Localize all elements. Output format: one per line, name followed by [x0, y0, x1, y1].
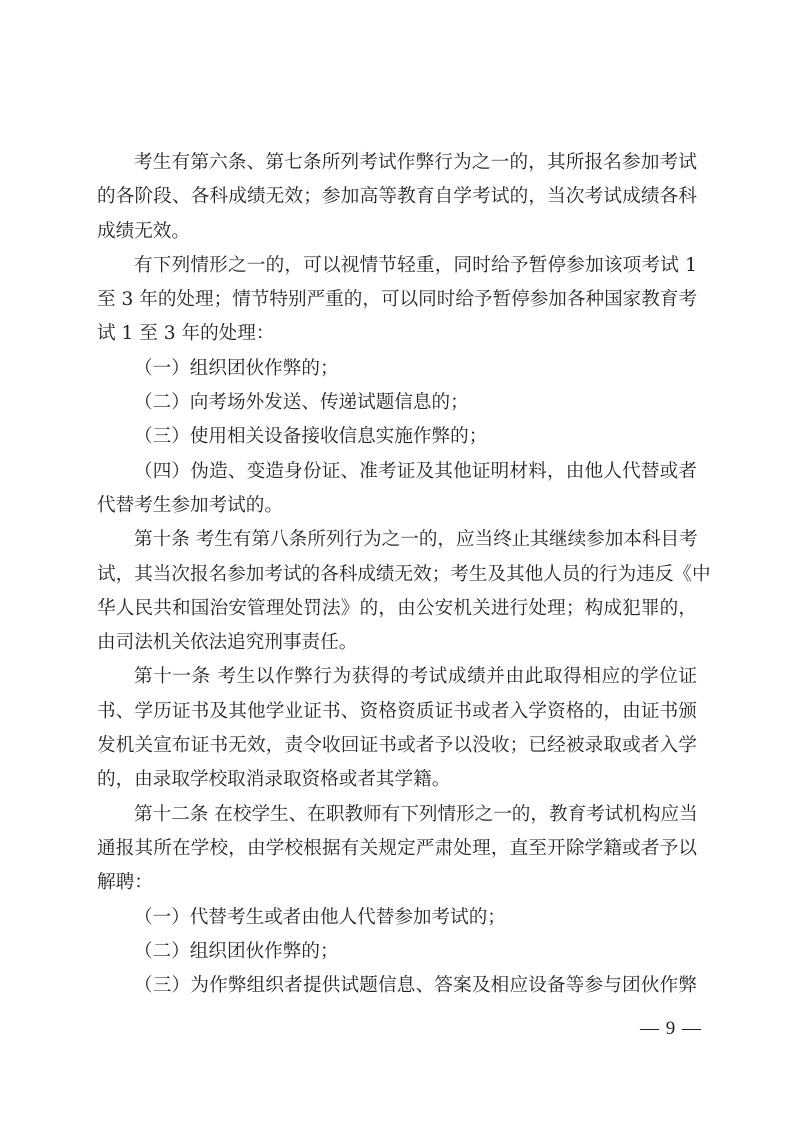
list-item: （三）使用相关设备接收信息实施作弊的；	[97, 420, 697, 454]
text-line: 代替考生参加考试的。	[97, 489, 697, 523]
text-line: 由司法机关依法追究刑事责任。	[97, 626, 697, 660]
text-line: 的各阶段、各科成绩无效；参加高等教育自学考试的，当次考试成绩各科	[97, 180, 697, 214]
text-line: 成绩无效。	[97, 215, 697, 249]
text-line: 至 3 年的处理；情节特别严重的，可以同时给予暂停参加各种国家教育考	[97, 283, 697, 317]
text-line: 解聘：	[97, 866, 697, 900]
article-11: 第十一条 考生以作弊行为获得的考试成绩并由此取得相应的学位证	[97, 660, 697, 694]
list-item: （一）组织团伙作弊的；	[97, 352, 697, 386]
list-item: （四）伪造、变造身份证、准考证及其他证明材料，由他人代替或者	[97, 455, 697, 489]
text-line: 试 1 至 3 年的处理：	[97, 317, 697, 351]
text-line: 书、学历证书及其他学业证书、资格资质证书或者入学资格的，由证书颁	[97, 695, 697, 729]
document-body: 考生有第六条、第七条所列考试作弊行为之一的，其所报名参加考试 的各阶段、各科成绩…	[97, 146, 697, 1003]
article-12: 第十二条 在校学生、在职教师有下列情形之一的，教育考试机构应当	[97, 798, 697, 832]
page-number: — 9 —	[640, 1018, 702, 1040]
list-item: （二）组织团伙作弊的；	[97, 935, 697, 969]
text-line: 有下列情形之一的，可以视情节轻重，同时给予暂停参加该项考试 1	[97, 249, 697, 283]
list-item: （三）为作弊组织者提供试题信息、答案及相应设备等参与团伙作弊	[97, 969, 697, 1003]
document-page: 考生有第六条、第七条所列考试作弊行为之一的，其所报名参加考试 的各阶段、各科成绩…	[0, 0, 793, 1122]
text-line: 的，由录取学校取消录取资格或者其学籍。	[97, 763, 697, 797]
list-item: （一）代替考生或者由他人代替参加考试的；	[97, 901, 697, 935]
list-item: （二）向考场外发送、传递试题信息的；	[97, 386, 697, 420]
text-line: 华人民共和国治安管理处罚法》的，由公安机关进行处理；构成犯罪的，	[97, 592, 697, 626]
text-line: 发机关宣布证书无效，责令收回证书或者予以没收；已经被录取或者入学	[97, 729, 697, 763]
text-line: 通报其所在学校，由学校根据有关规定严肃处理，直至开除学籍或者予以	[97, 832, 697, 866]
text-line: 试，其当次报名参加考试的各科成绩无效；考生及其他人员的行为违反《中	[97, 558, 697, 592]
text-line: 考生有第六条、第七条所列考试作弊行为之一的，其所报名参加考试	[97, 146, 697, 180]
article-10: 第十条 考生有第八条所列行为之一的，应当终止其继续参加本科目考	[97, 523, 697, 557]
